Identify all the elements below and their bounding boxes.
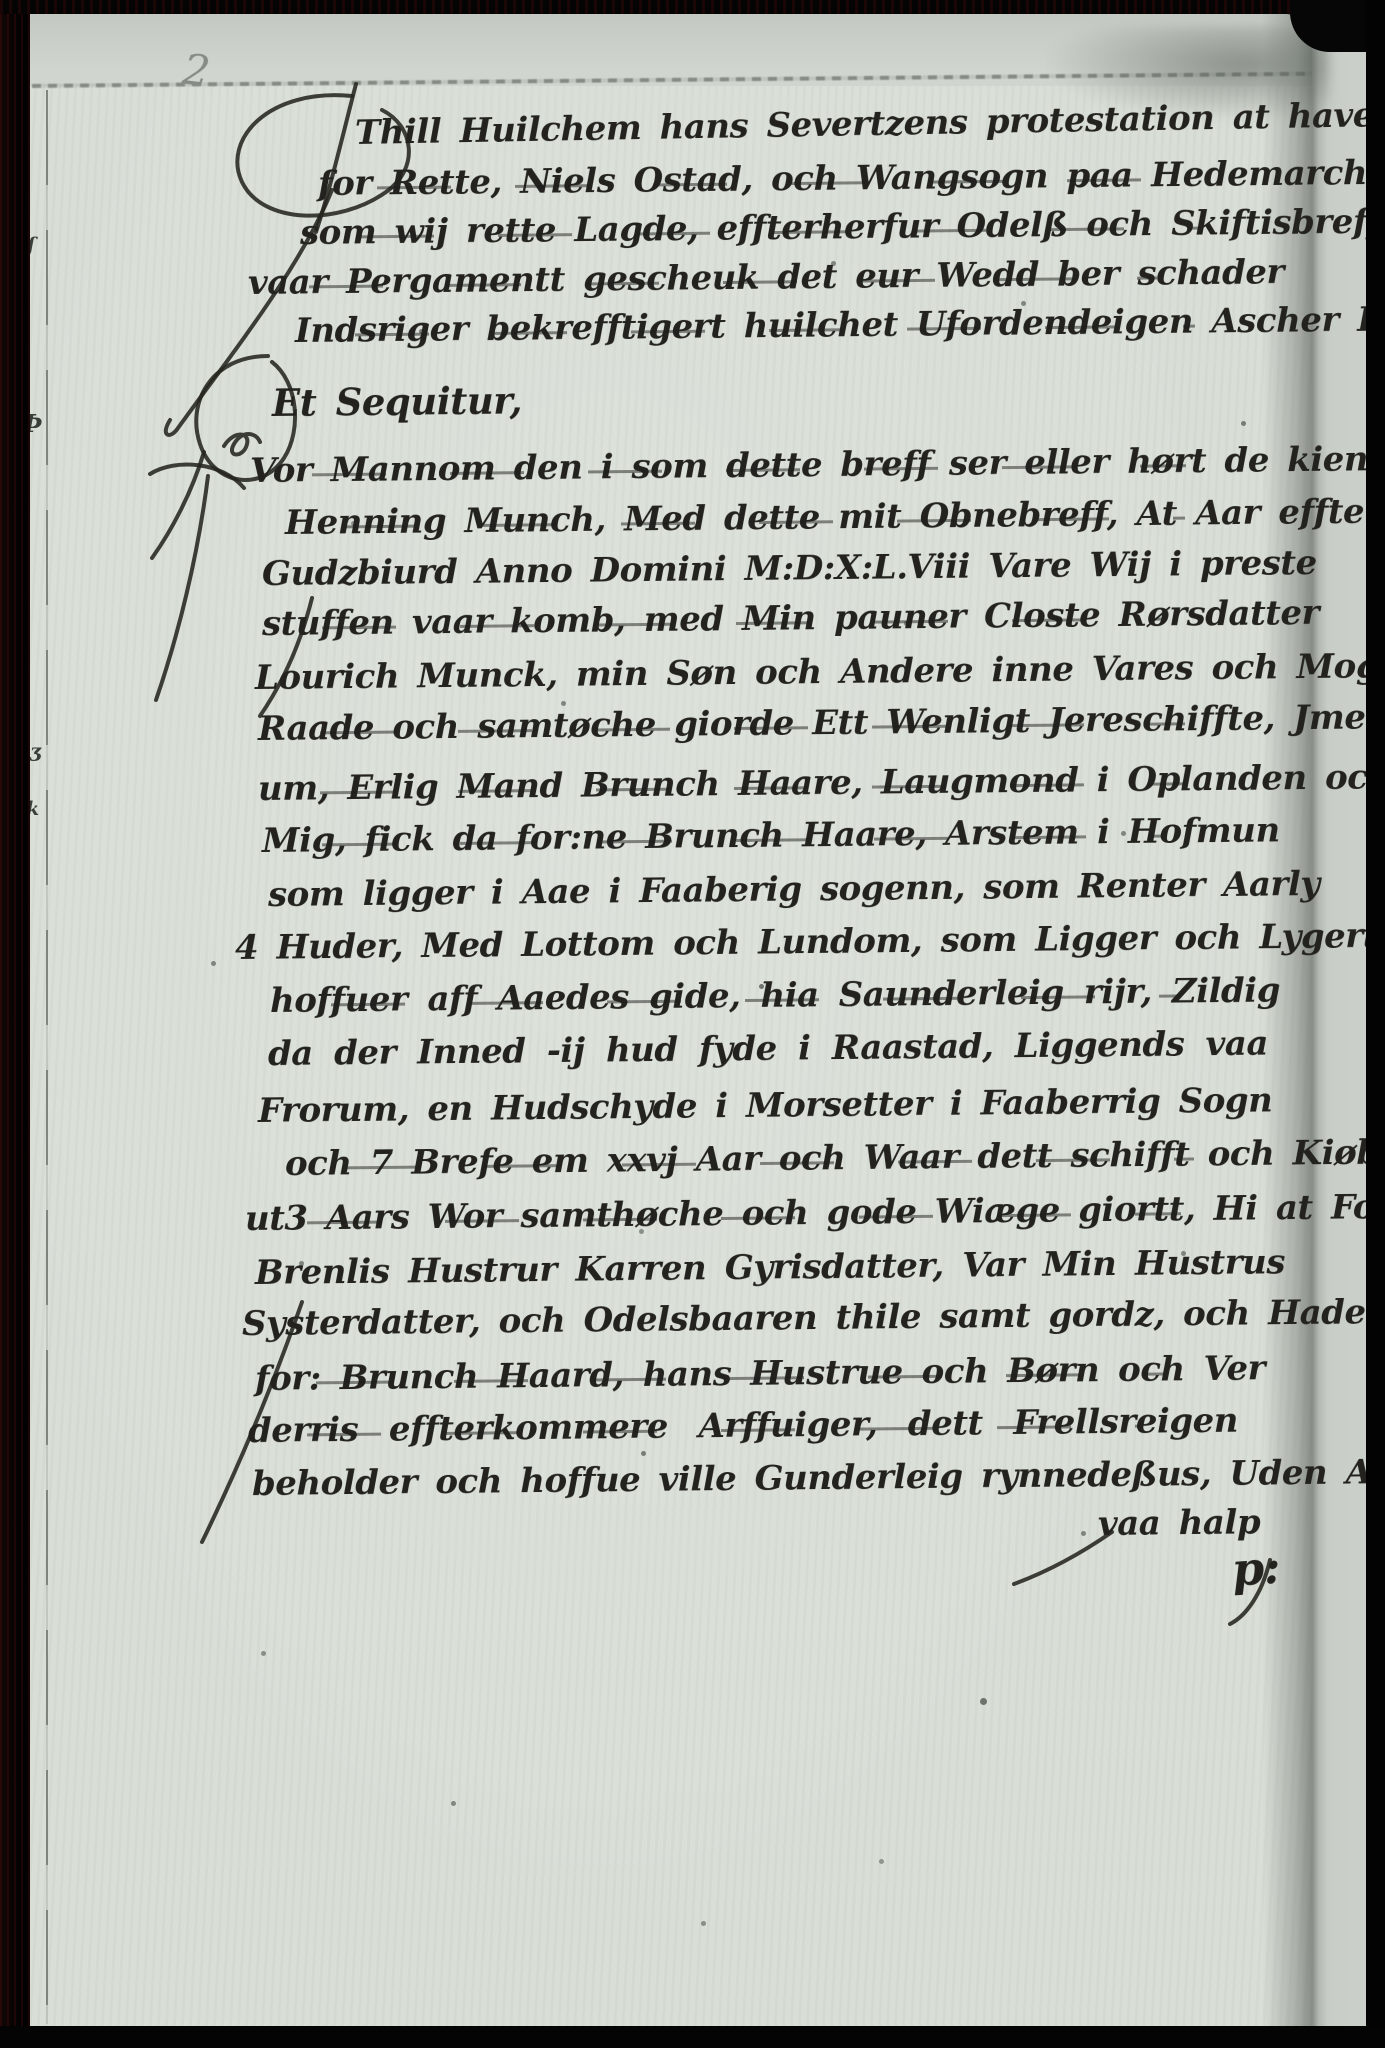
scan-border-left [0, 0, 30, 2048]
manuscript-scan-frame: 2 ſ Þ ʒ k Thill Huilchem hans Severtzens… [0, 0, 1385, 2048]
scan-border-bottom [0, 2026, 1385, 2048]
closing-phrase: vaa halp [1098, 1501, 1261, 1545]
margin-mark: ʒ [30, 742, 41, 761]
scan-border-right [1366, 0, 1385, 2048]
vertical-fold-crease [46, 90, 48, 2024]
scan-border-top [0, 0, 1385, 14]
page-number-pencil: 2 [181, 49, 213, 94]
closing-signature-mark: p: [1230, 1539, 1282, 1600]
manuscript-line-et-sequitur: Et Sequitur, [272, 377, 522, 426]
